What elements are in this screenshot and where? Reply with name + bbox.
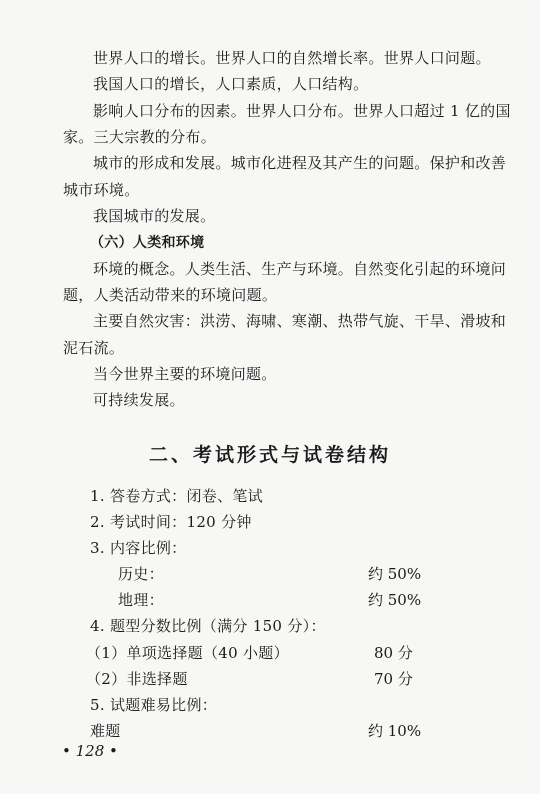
text-line: 世界人口的增长。世界人口的自然增长率。世界人口问题。 [93,48,491,68]
question-type-value: 80 分 [374,643,413,663]
text-line: 当今世界主要的环境问题。 [93,364,277,384]
text-line: 城市环境。 [63,180,140,200]
text-line: 可持续发展。 [93,390,185,410]
section-title: 二、考试形式与试卷结构 [0,440,540,467]
question-type-label: （2）非选择题 [86,669,188,689]
ratio-value: 约 50% [368,590,421,610]
text-line: 城市的形成和发展。城市化进程及其产生的问题。保护和改善 [93,153,506,173]
text-line: 主要自然灾害：洪涝、海啸、寒潮、热带气旋、干旱、滑坡和 [93,311,506,331]
text-line: 题，人类活动带来的环境问题。 [63,285,277,305]
list-item: 3. 内容比例： [90,538,186,558]
difficulty-label: 难题 [90,721,121,741]
list-item: 1. 答卷方式：闭卷、笔试 [90,486,263,506]
text-line: 我国人口的增长，人口素质，人口结构。 [93,74,368,94]
list-item: 4. 题型分数比例（满分 150 分）： [90,616,326,636]
question-type-label: （1）单项选择题（40 小题） [86,643,289,663]
ratio-label: 历史： [118,564,164,584]
text-line: 泥石流。 [63,338,124,358]
ratio-value: 约 50% [368,564,421,584]
document-page: 世界人口的增长。世界人口的自然增长率。世界人口问题。 我国人口的增长，人口素质，… [0,0,540,794]
list-item: 2. 考试时间：120 分钟 [90,512,252,532]
page-number: • 128 • [62,742,118,760]
text-line: 我国城市的发展。 [93,206,215,226]
question-type-value: 70 分 [374,669,413,689]
text-line: 家。三大宗教的分布。 [63,127,216,147]
list-item: 5. 试题难易比例： [90,695,217,715]
text-line: 影响人口分布的因素。世界人口分布。世界人口超过 1 亿的国 [93,101,511,121]
text-line: 环境的概念。人类生活、生产与环境。自然变化引起的环境问 [93,259,506,279]
ratio-label: 地理： [118,590,164,610]
section-heading: （六）人类和环境 [90,233,204,253]
difficulty-value: 约 10% [368,721,421,741]
